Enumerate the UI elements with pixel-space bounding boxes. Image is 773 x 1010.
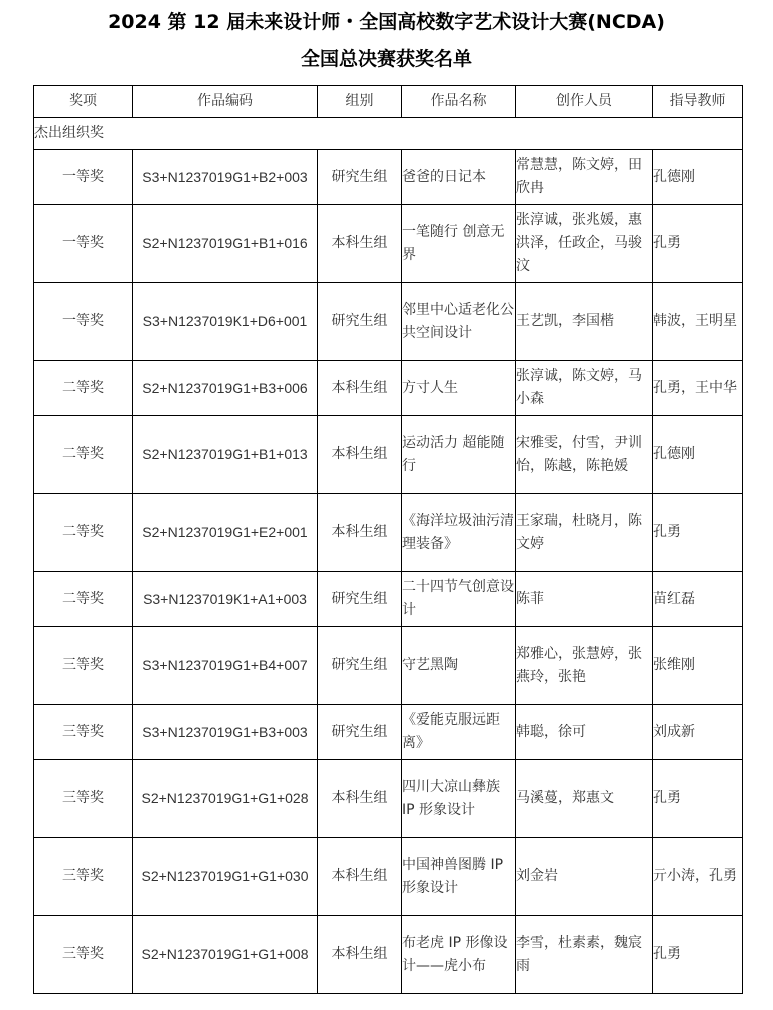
work-name-cell: 爸爸的日记本 (402, 150, 516, 205)
code-cell: S3+N1237019G1+B2+003 (133, 150, 318, 205)
table-header-row: 奖项 作品编码 组别 作品名称 创作人员 指导教师 (34, 86, 743, 118)
work-name-cell: 邻里中心适老化公共空间设计 (402, 283, 516, 361)
work-name-cell: 一笔随行 创意无界 (402, 205, 516, 283)
teacher-cell: 亓小涛，孔勇 (653, 838, 743, 916)
awards-table: 奖项 作品编码 组别 作品名称 创作人员 指导教师 杰出组织奖 一等奖 S3+N… (33, 85, 743, 994)
teacher-cell: 孔德刚 (653, 416, 743, 494)
work-name-cell: 《海洋垃圾油污清理装备》 (402, 494, 516, 572)
group-cell: 研究生组 (318, 705, 402, 760)
work-name-cell: 守艺黑陶 (402, 627, 516, 705)
code-cell: S2+N1237019G1+E2+001 (133, 494, 318, 572)
header-code: 作品编码 (133, 86, 318, 118)
group-cell: 本科生组 (318, 838, 402, 916)
table-row: 二等奖 S2+N1237019G1+B1+013 本科生组 运动活力 超能随行 … (34, 416, 743, 494)
work-name-cell: 中国神兽图腾 IP 形象设计 (402, 838, 516, 916)
teacher-cell: 孔勇，王中华 (653, 361, 743, 416)
group-cell: 本科生组 (318, 916, 402, 994)
group-cell: 本科生组 (318, 205, 402, 283)
header-work-name: 作品名称 (402, 86, 516, 118)
creators-cell: 张淳诚，张兆媛，惠洪泽，任政企，马骏汶 (516, 205, 653, 283)
teacher-cell: 韩波，王明星 (653, 283, 743, 361)
award-cell: 三等奖 (34, 627, 133, 705)
creators-cell: 韩聪，徐可 (516, 705, 653, 760)
table-row: 二等奖 S2+N1237019G1+B3+006 本科生组 方寸人生 张淳诚，陈… (34, 361, 743, 416)
table-row: 一等奖 S2+N1237019G1+B1+016 本科生组 一笔随行 创意无界 … (34, 205, 743, 283)
creators-cell: 马溪蔓，郑惠文 (516, 760, 653, 838)
code-cell: S3+N1237019K1+A1+003 (133, 572, 318, 627)
teacher-cell: 刘成新 (653, 705, 743, 760)
teacher-cell: 孔勇 (653, 760, 743, 838)
group-cell: 研究生组 (318, 627, 402, 705)
creators-cell: 张淳诚，陈文婷，马小森 (516, 361, 653, 416)
header-group: 组别 (318, 86, 402, 118)
code-cell: S2+N1237019G1+B1+013 (133, 416, 318, 494)
work-name-cell: 二十四节气创意设计 (402, 572, 516, 627)
section-row: 杰出组织奖 (34, 118, 743, 150)
work-name-cell: 运动活力 超能随行 (402, 416, 516, 494)
section-label: 杰出组织奖 (34, 118, 743, 150)
award-cell: 三等奖 (34, 705, 133, 760)
table-row: 三等奖 S2+N1237019G1+G1+008 本科生组 布老虎 IP 形像设… (34, 916, 743, 994)
code-cell: S3+N1237019G1+B3+003 (133, 705, 318, 760)
document-title: 2024 第 12 届未来设计师・全国高校数字艺术设计大赛(NCDA) (0, 9, 773, 35)
creators-cell: 郑雅心，张慧婷，张燕玲，张艳 (516, 627, 653, 705)
table-row: 二等奖 S3+N1237019K1+A1+003 研究生组 二十四节气创意设计 … (34, 572, 743, 627)
teacher-cell: 孔勇 (653, 916, 743, 994)
award-cell: 二等奖 (34, 416, 133, 494)
award-cell: 三等奖 (34, 916, 133, 994)
code-cell: S3+N1237019K1+D6+001 (133, 283, 318, 361)
code-cell: S2+N1237019G1+G1+028 (133, 760, 318, 838)
award-cell: 二等奖 (34, 361, 133, 416)
work-name-cell: 四川大凉山彝族 IP 形象设计 (402, 760, 516, 838)
table-row: 三等奖 S2+N1237019G1+G1+028 本科生组 四川大凉山彝族 IP… (34, 760, 743, 838)
teacher-cell: 孔勇 (653, 494, 743, 572)
work-name-cell: 布老虎 IP 形像设计——虎小布 (402, 916, 516, 994)
table-row: 一等奖 S3+N1237019K1+D6+001 研究生组 邻里中心适老化公共空… (34, 283, 743, 361)
group-cell: 研究生组 (318, 572, 402, 627)
creators-cell: 宋雅雯，付雪，尹训怡，陈越，陈艳媛 (516, 416, 653, 494)
table-row: 三等奖 S3+N1237019G1+B3+003 研究生组 《爱能克服远距离》 … (34, 705, 743, 760)
award-cell: 一等奖 (34, 150, 133, 205)
award-cell: 三等奖 (34, 838, 133, 916)
creators-cell: 陈菲 (516, 572, 653, 627)
work-name-cell: 《爱能克服远距离》 (402, 705, 516, 760)
code-cell: S2+N1237019G1+G1+008 (133, 916, 318, 994)
table-row: 三等奖 S3+N1237019G1+B4+007 研究生组 守艺黑陶 郑雅心，张… (34, 627, 743, 705)
code-cell: S2+N1237019G1+B1+016 (133, 205, 318, 283)
header-creators: 创作人员 (516, 86, 653, 118)
creators-cell: 刘金岩 (516, 838, 653, 916)
award-cell: 二等奖 (34, 494, 133, 572)
award-cell: 一等奖 (34, 205, 133, 283)
creators-cell: 常慧慧，陈文婷，田欣冉 (516, 150, 653, 205)
code-cell: S3+N1237019G1+B4+007 (133, 627, 318, 705)
work-name-cell: 方寸人生 (402, 361, 516, 416)
group-cell: 本科生组 (318, 760, 402, 838)
table-row: 二等奖 S2+N1237019G1+E2+001 本科生组 《海洋垃圾油污清理装… (34, 494, 743, 572)
teacher-cell: 孔勇 (653, 205, 743, 283)
award-cell: 一等奖 (34, 283, 133, 361)
document-subtitle: 全国总决赛获奖名单 (0, 46, 773, 72)
table-row: 三等奖 S2+N1237019G1+G1+030 本科生组 中国神兽图腾 IP … (34, 838, 743, 916)
group-cell: 研究生组 (318, 283, 402, 361)
header-teacher: 指导教师 (653, 86, 743, 118)
group-cell: 本科生组 (318, 361, 402, 416)
code-cell: S2+N1237019G1+B3+006 (133, 361, 318, 416)
group-cell: 本科生组 (318, 416, 402, 494)
creators-cell: 李雪，杜素素，魏宸雨 (516, 916, 653, 994)
award-cell: 二等奖 (34, 572, 133, 627)
group-cell: 本科生组 (318, 494, 402, 572)
creators-cell: 王艺凯，李国楷 (516, 283, 653, 361)
code-cell: S2+N1237019G1+G1+030 (133, 838, 318, 916)
creators-cell: 王家瑞，杜晓月，陈文婷 (516, 494, 653, 572)
award-cell: 三等奖 (34, 760, 133, 838)
teacher-cell: 苗红磊 (653, 572, 743, 627)
group-cell: 研究生组 (318, 150, 402, 205)
header-award: 奖项 (34, 86, 133, 118)
table-row: 一等奖 S3+N1237019G1+B2+003 研究生组 爸爸的日记本 常慧慧… (34, 150, 743, 205)
teacher-cell: 张维刚 (653, 627, 743, 705)
teacher-cell: 孔德刚 (653, 150, 743, 205)
